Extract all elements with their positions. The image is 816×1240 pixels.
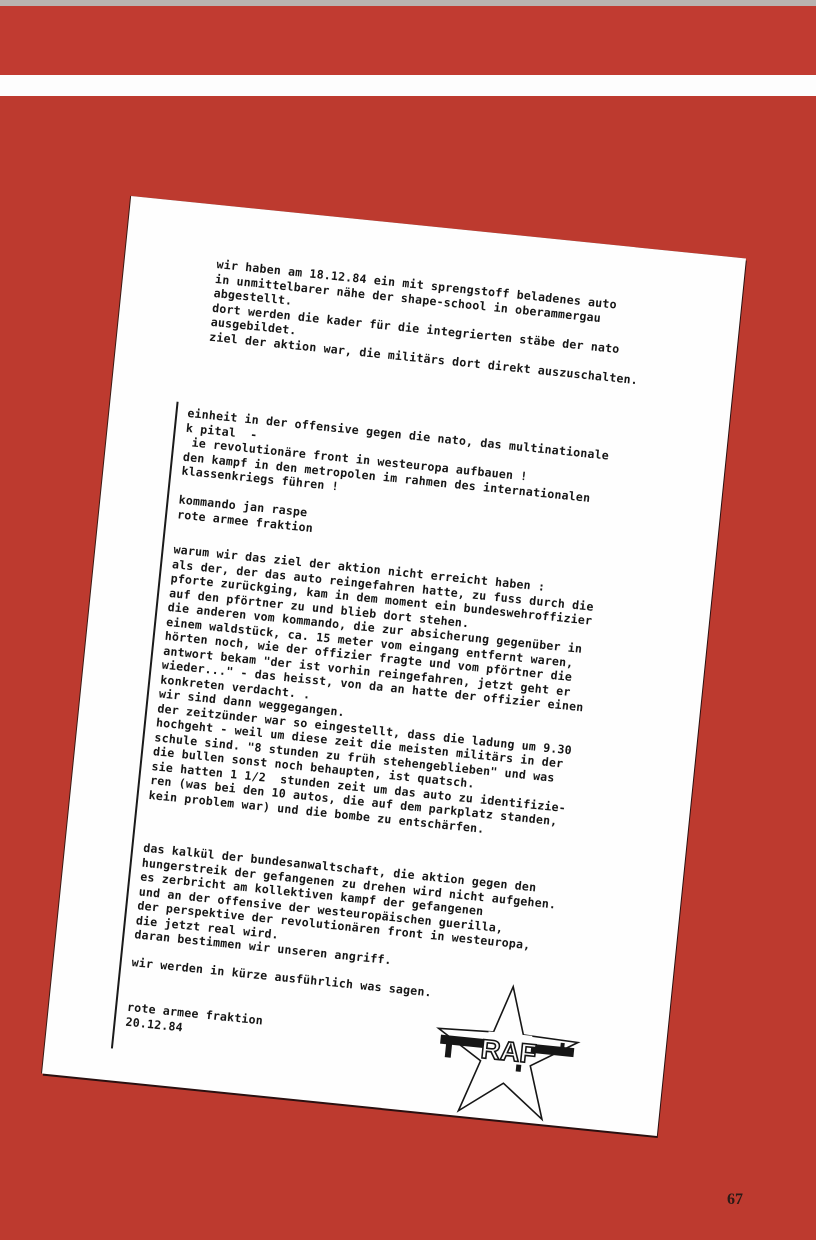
top-red-band [0, 6, 816, 75]
intro-paragraph: wir haben am 18.12.84 ein mit sprengstof… [209, 257, 646, 387]
final-signature: rote armee fraktion 20.12.84 [125, 1000, 264, 1043]
kommando-signature: kommando jan raspe rote armee fraktion [177, 492, 316, 535]
document-sheet: wir haben am 18.12.84 ein mit sprengstof… [42, 196, 746, 1136]
svg-text:RAF: RAF [480, 1034, 538, 1069]
explanation-paragraph: warum wir das ziel der aktion nicht erre… [148, 542, 596, 844]
page-number: 67 [727, 1191, 743, 1209]
white-stripe [0, 75, 816, 96]
raf-star-logo-icon: RAF [425, 976, 588, 1125]
